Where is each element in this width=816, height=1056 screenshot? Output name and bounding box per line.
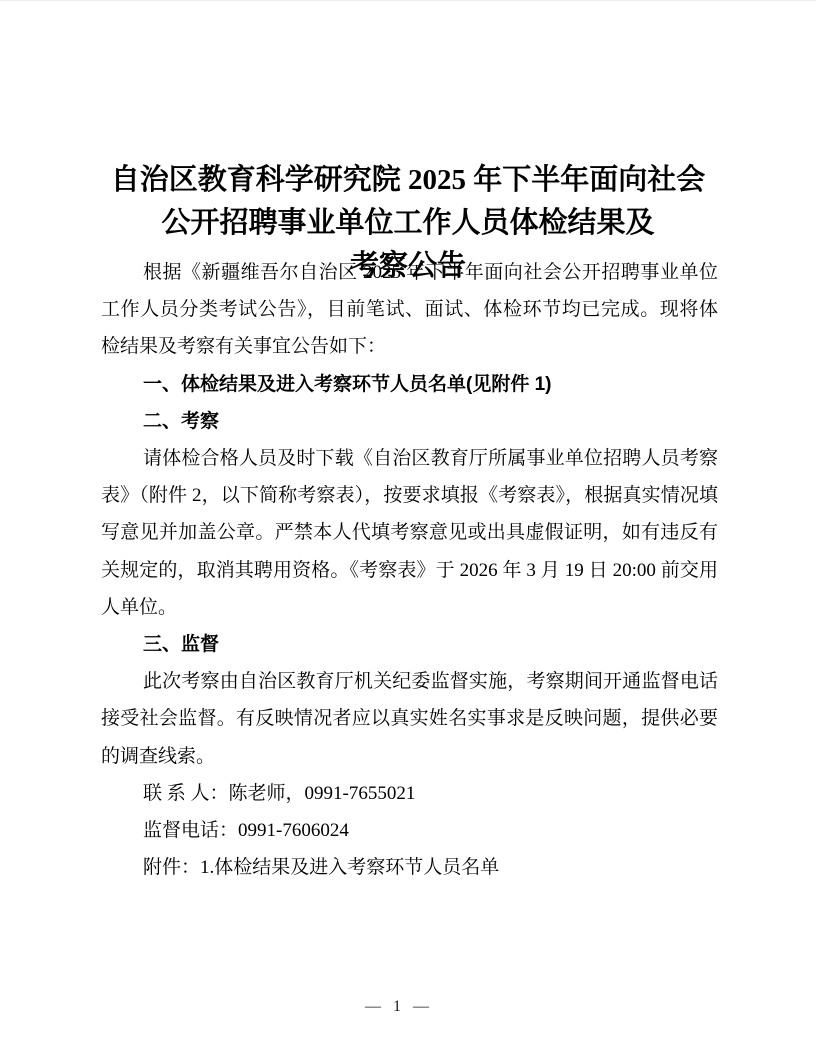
section-3-paragraph: 此次考察由自治区教育厅机关纪委监督实施，考察期间开通监督电话接受社会监督。有反映… <box>101 663 718 775</box>
attachment-line: 附件：1.体检结果及进入考察环节人员名单 <box>101 849 718 886</box>
section-3-heading: 三、监督 <box>101 626 718 663</box>
section-2-heading: 二、考察 <box>101 403 718 440</box>
document-title-line-1: 自治区教育科学研究院 2025 年下半年面向社会 <box>0 159 816 202</box>
document-body: 根据《新疆维吾尔自治区 2025 年下半年面向社会公开招聘事业单位工作人员分类考… <box>101 254 718 886</box>
section-1-heading: 一、体检结果及进入考察环节人员名单(见附件 1) <box>101 366 718 403</box>
announcement-page: 自治区教育科学研究院 2025 年下半年面向社会 公开招聘事业单位工作人员体检结… <box>0 0 816 1056</box>
contact-person-line: 联 系 人：陈老师，0991-7655021 <box>101 775 718 812</box>
page-number: — 1 — <box>0 996 794 1018</box>
document-title-line-2: 公开招聘事业单位工作人员体检结果及 <box>0 202 816 245</box>
supervision-phone-line: 监督电话：0991-7606024 <box>101 812 718 849</box>
section-2-paragraph: 请体检合格人员及时下载《自治区教育厅所属事业单位招聘人员考察表》（附件 2，以下… <box>101 440 718 626</box>
intro-paragraph: 根据《新疆维吾尔自治区 2025 年下半年面向社会公开招聘事业单位工作人员分类考… <box>101 254 718 366</box>
